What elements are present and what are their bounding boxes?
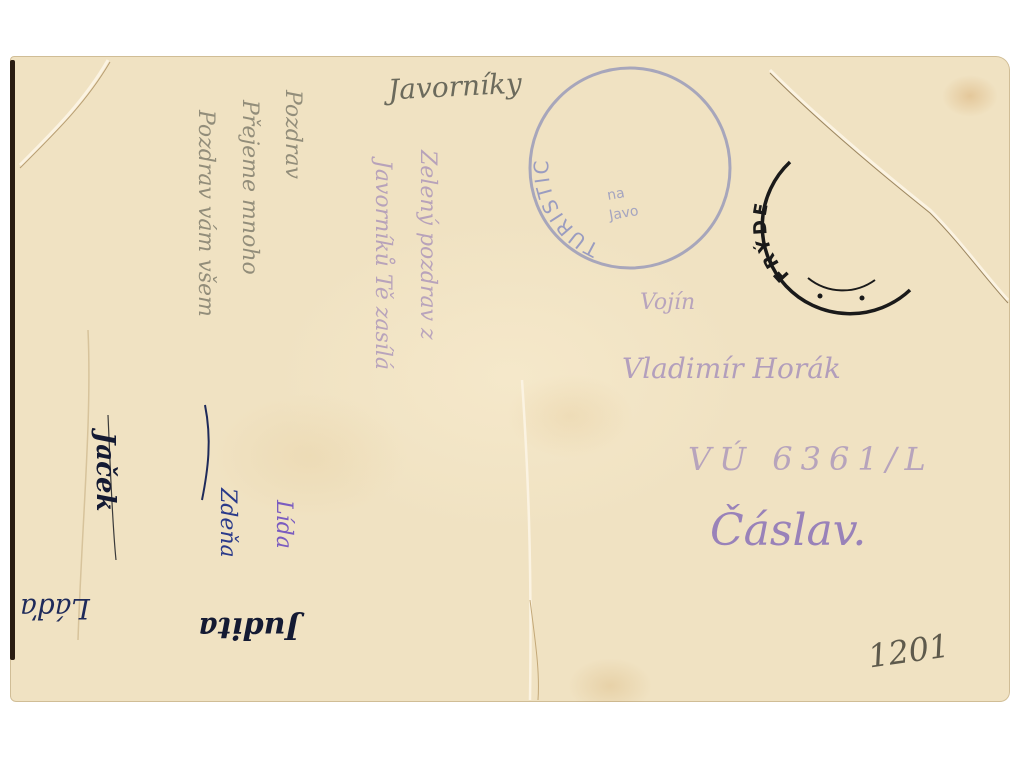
- address-city: Čáslav.: [710, 505, 866, 556]
- signature-zdena: Zdeňa: [215, 488, 240, 558]
- postmark-ring-text: TURISTIC: [529, 158, 603, 262]
- signature-jacek: Jaček: [90, 432, 120, 512]
- postmark-frydek: FRÝDE: [749, 160, 910, 314]
- address-unit: VÚ 6361/L: [688, 440, 934, 478]
- postmark-line-2: Javo: [607, 203, 640, 224]
- postmark-line-1: na: [606, 185, 626, 204]
- crease-top-left: [20, 60, 108, 165]
- signature-lada: Láďa: [20, 592, 90, 625]
- crease-top-right: [770, 70, 1008, 300]
- svg-text:TURISTIC: TURISTIC: [529, 158, 603, 262]
- message-line-2: Javorníků Tě zasílá: [370, 160, 395, 370]
- svg-text:FRÝDE: FRÝDE: [749, 199, 793, 286]
- address-salutation: Vojín: [640, 290, 695, 315]
- address-name: Vladimír Horák: [622, 352, 841, 385]
- signature-lida: Lída: [271, 500, 296, 549]
- signature-judita: Judita: [198, 610, 300, 645]
- message-line-1: Zelený pozdrav z: [415, 150, 440, 340]
- header-note: Javorníky: [387, 67, 522, 107]
- pencil-line-1: Pozdrav: [280, 90, 305, 179]
- crease-bottom-center: [522, 380, 531, 700]
- pencil-line-2: Přejeme mnoho: [237, 100, 262, 275]
- pencil-line-3: Pozdrav vám všem: [193, 110, 218, 317]
- postmark-turistic: TURISTIC na Javo: [529, 68, 730, 268]
- postmark-frydek-ring-text: FRÝDE: [749, 199, 793, 286]
